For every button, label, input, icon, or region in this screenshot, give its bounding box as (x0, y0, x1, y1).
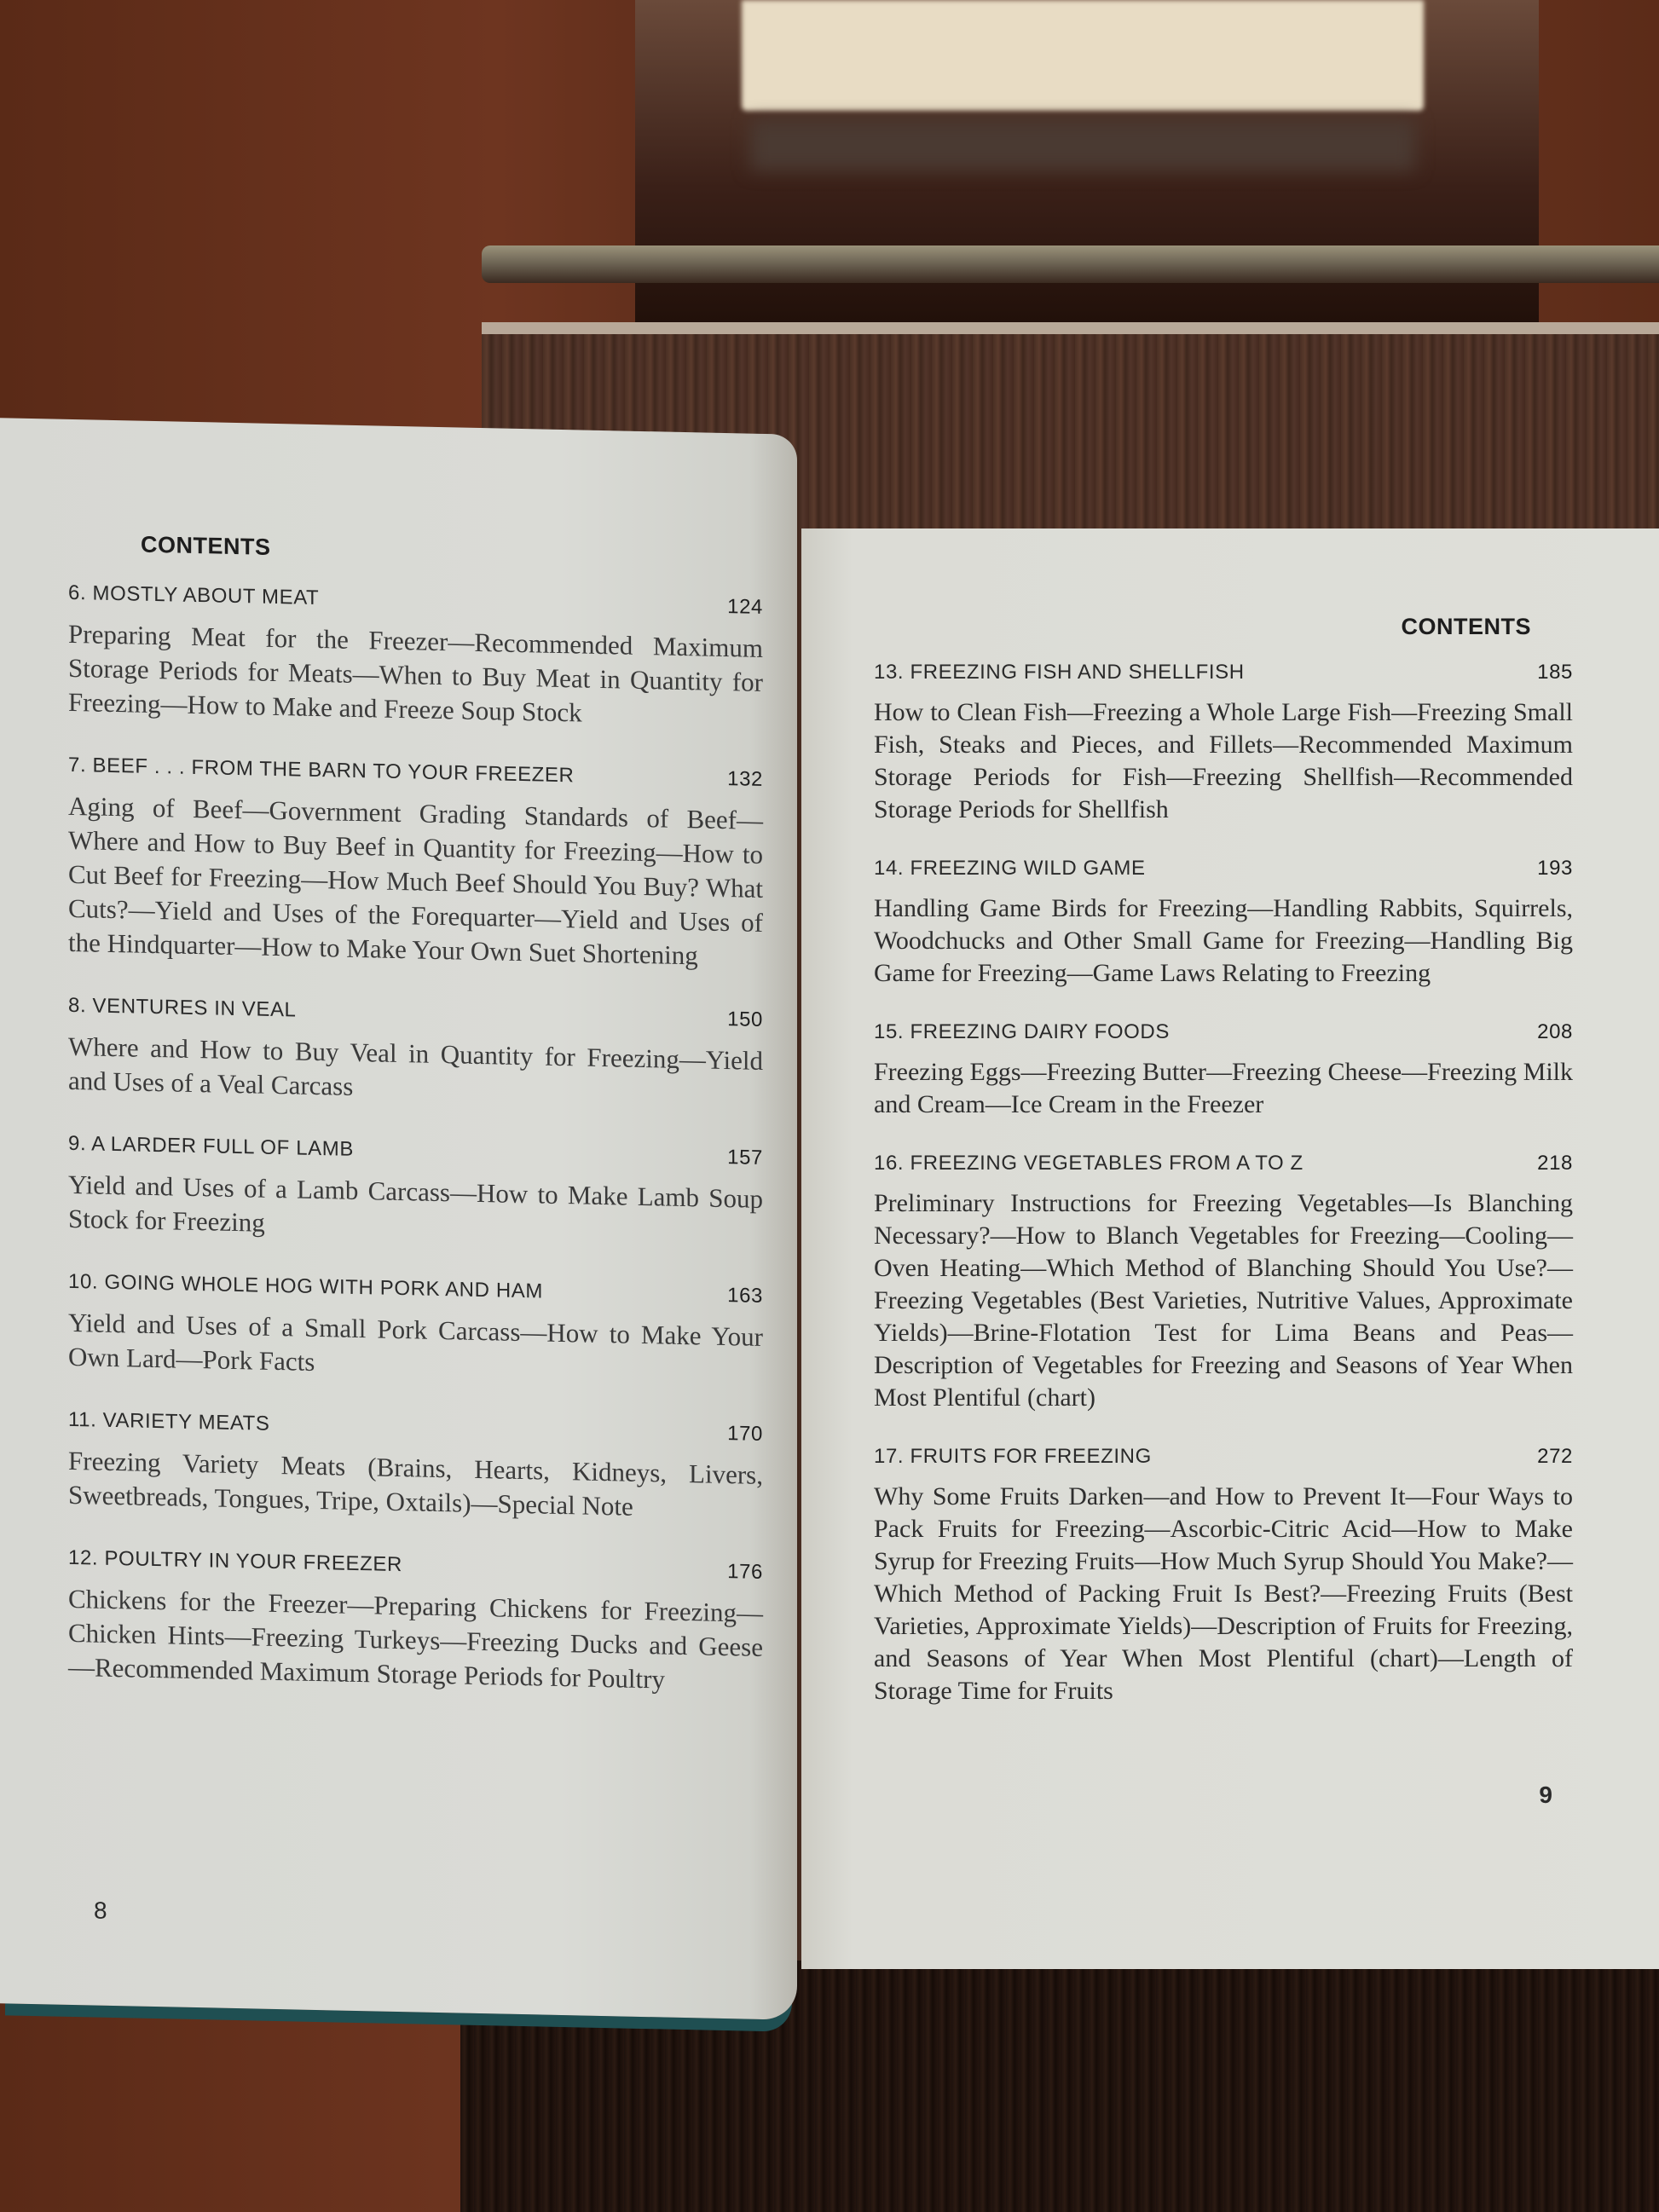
chapter-description: Yield and Uses of a Lamb Carcass—How to … (68, 1168, 763, 1250)
chapter-heading: 9. A LARDER FULL OF LAMB 157 (68, 1132, 763, 1170)
chapter-description: Freezing Eggs—Freezing Butter—Freezing C… (874, 1056, 1573, 1121)
toc-entry: 6. MOSTLY ABOUT MEAT 124 Preparing Meat … (68, 581, 763, 734)
toc-entry: 7. BEEF . . . FROM THE BARN TO YOUR FREE… (68, 754, 763, 974)
chapter-number: 13. (874, 661, 904, 684)
chapter-description: Yield and Uses of a Small Pork Carcass—H… (68, 1306, 763, 1389)
background-panel-edge (482, 322, 1659, 334)
chapter-title: GOING WHOLE HOG WITH PORK AND HAM (104, 1271, 543, 1303)
chapter-title: FREEZING WILD GAME (910, 857, 1145, 880)
chapter-description: Preliminary Instructions for Freezing Ve… (874, 1187, 1573, 1414)
chapter-description: Handling Game Birds for Freezing—Handlin… (874, 892, 1573, 990)
chapter-number: 11. (68, 1408, 96, 1432)
chapter-description: How to Clean Fish—Freezing a Whole Large… (874, 696, 1573, 826)
chapter-heading: 12. POULTRY IN YOUR FREEZER 176 (68, 1546, 763, 1585)
chapter-heading: 17. FRUITS FOR FREEZING 272 (874, 1445, 1573, 1469)
chapter-heading: 14. FREEZING WILD GAME 193 (874, 857, 1573, 881)
chapter-number: 6. (68, 581, 86, 604)
page-number: 193 (1537, 857, 1573, 881)
toc-entry: 8. VENTURES IN VEAL 150 Where and How to… (68, 994, 763, 1112)
chapter-title: BEEF . . . FROM THE BARN TO YOUR FREEZER (93, 754, 575, 787)
toc-entry: 14. FREEZING WILD GAME 193 Handling Game… (874, 857, 1573, 990)
page-number: 272 (1537, 1445, 1573, 1469)
chapter-title: FREEZING VEGETABLES FROM A TO Z (910, 1152, 1303, 1175)
chapter-description: Freezing Variety Meats (Brains, Hearts, … (68, 1444, 763, 1527)
chapter-number: 9. (68, 1132, 86, 1155)
chapter-title: MOSTLY ABOUT MEAT (93, 581, 320, 609)
page-number: 163 (727, 1284, 763, 1308)
toc-entry: 11. VARIETY MEATS 170 Freezing Variety M… (68, 1408, 763, 1527)
page-number: 218 (1537, 1152, 1573, 1175)
chapter-heading: 6. MOSTLY ABOUT MEAT 124 (68, 581, 763, 620)
chapter-number: 14. (874, 857, 904, 880)
chapter-description: Where and How to Buy Veal in Quantity fo… (68, 1030, 763, 1112)
page-number: 176 (727, 1560, 763, 1585)
chapter-heading: 8. VENTURES IN VEAL 150 (68, 994, 763, 1032)
chapter-heading: 15. FREEZING DAIRY FOODS 208 (874, 1020, 1573, 1044)
page-number: 157 (727, 1146, 763, 1170)
toc-entry: 15. FREEZING DAIRY FOODS 208 Freezing Eg… (874, 1020, 1573, 1121)
chapter-title: FRUITS FOR FREEZING (910, 1445, 1151, 1468)
chapter-number: 15. (874, 1020, 904, 1043)
toc-entry: 9. A LARDER FULL OF LAMB 157 Yield and U… (68, 1132, 763, 1250)
chapter-title: FREEZING FISH AND SHELLFISH (910, 661, 1244, 684)
chapter-heading: 16. FREEZING VEGETABLES FROM A TO Z 218 (874, 1152, 1573, 1175)
chapter-title: VENTURES IN VEAL (93, 994, 297, 1021)
toc-entry: 16. FREEZING VEGETABLES FROM A TO Z 218 … (874, 1152, 1573, 1414)
left-page: CONTENTS 6. MOSTLY ABOUT MEAT 124 Prepar… (0, 418, 797, 2020)
toc-entry: 13. FREEZING FISH AND SHELLFISH 185 How … (874, 661, 1573, 826)
page-number: 150 (727, 1008, 763, 1032)
page-number: 132 (727, 767, 763, 792)
toc-entry: 10. GOING WHOLE HOG WITH PORK AND HAM 16… (68, 1270, 763, 1389)
toc-list-left: 6. MOSTLY ABOUT MEAT 124 Preparing Meat … (68, 581, 763, 1733)
background-metal-rail (482, 245, 1659, 283)
background-box (742, 0, 1424, 111)
chapter-description: Chickens for the Freezer—Preparing Chick… (68, 1582, 763, 1699)
page-number: 170 (727, 1422, 763, 1447)
chapter-title: POULTRY IN YOUR FREEZER (104, 1547, 402, 1576)
chapter-description: Aging of Beef—Government Grading Standar… (68, 789, 763, 974)
chapter-number: 16. (874, 1152, 904, 1175)
chapter-title: VARIETY MEATS (103, 1409, 270, 1435)
chapter-description: Preparing Meat for the Freezer—Recommend… (68, 617, 763, 734)
chapter-number: 10. (68, 1270, 98, 1294)
page-number: 185 (1537, 661, 1573, 684)
right-page: CONTENTS 13. FREEZING FISH AND SHELLFISH… (801, 528, 1659, 1969)
page-number: 124 (727, 595, 763, 620)
chapter-heading: 13. FREEZING FISH AND SHELLFISH 185 (874, 661, 1573, 684)
folio-page-number: 8 (94, 1897, 107, 1925)
running-head: CONTENTS (1402, 614, 1532, 640)
toc-list-right: 13. FREEZING FISH AND SHELLFISH 185 How … (874, 661, 1573, 1738)
chapter-number: 12. (68, 1546, 98, 1570)
running-head: CONTENTS (141, 532, 271, 561)
chapter-title: FREEZING DAIRY FOODS (910, 1020, 1170, 1043)
background-shadow (750, 119, 1415, 170)
chapter-heading: 10. GOING WHOLE HOG WITH PORK AND HAM 16… (68, 1270, 763, 1308)
toc-entry: 17. FRUITS FOR FREEZING 272 Why Some Fru… (874, 1445, 1573, 1707)
chapter-heading: 11. VARIETY MEATS 170 (68, 1408, 763, 1447)
folio-page-number: 9 (1539, 1782, 1552, 1809)
page-number: 208 (1537, 1020, 1573, 1044)
chapter-description: Why Some Fruits Darken—and How to Preven… (874, 1481, 1573, 1707)
chapter-heading: 7. BEEF . . . FROM THE BARN TO YOUR FREE… (68, 754, 763, 792)
toc-entry: 12. POULTRY IN YOUR FREEZER 176 Chickens… (68, 1546, 763, 1699)
chapter-number: 17. (874, 1445, 904, 1468)
chapter-number: 8. (68, 994, 86, 1017)
chapter-title: A LARDER FULL OF LAMB (91, 1132, 354, 1160)
chapter-number: 7. (68, 754, 86, 777)
